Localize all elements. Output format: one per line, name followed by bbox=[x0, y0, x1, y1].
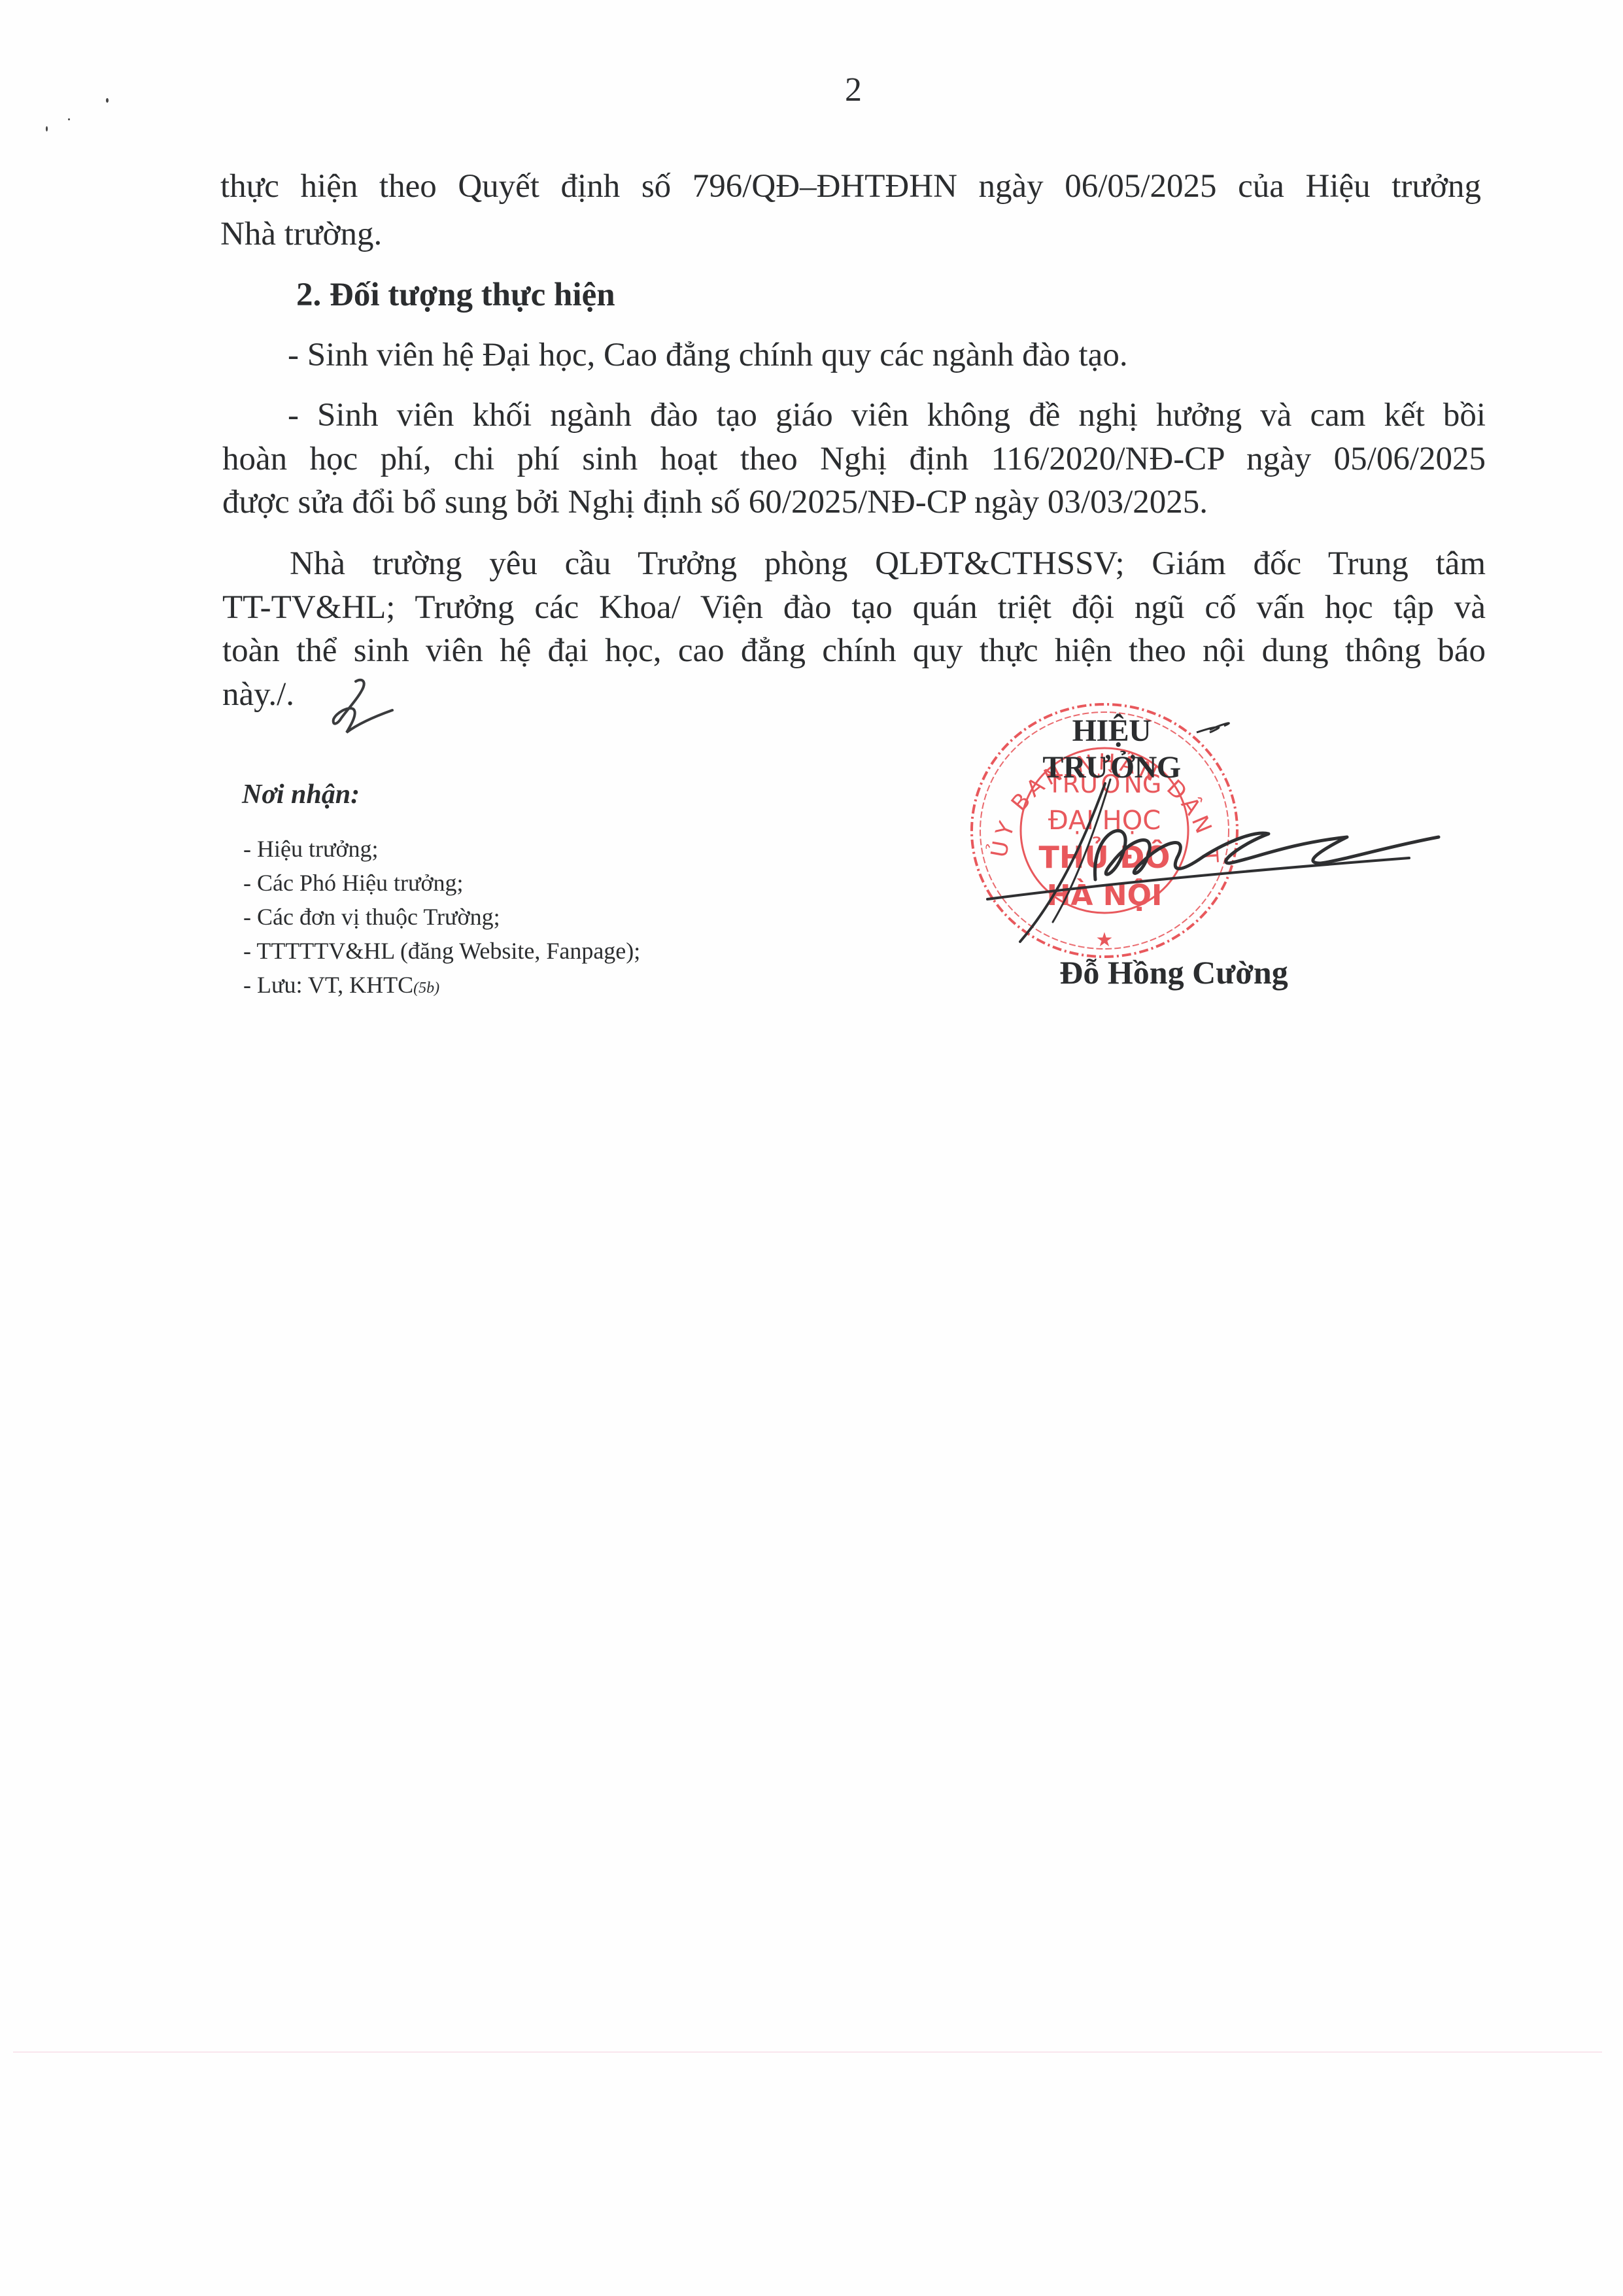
scan-speck bbox=[68, 118, 70, 120]
target-item: - Sinh viên khối ngành đào tạo giáo viên… bbox=[288, 396, 1486, 435]
body-line: Nhà trường. bbox=[220, 214, 382, 254]
scan-speck bbox=[106, 98, 109, 103]
signer-name: Đỗ Hồng Cường bbox=[1036, 953, 1311, 991]
body-line: hoàn học phí, chi phí sinh hoạt theo Ngh… bbox=[222, 439, 1486, 479]
initials-mark-icon bbox=[322, 677, 394, 738]
recipient-item: - Hiệu trưởng; bbox=[243, 834, 379, 863]
document-page: 2 thực hiện theo Quyết định số 796/QĐ–ĐH… bbox=[0, 0, 1623, 2296]
body-line: thực hiện theo Quyết định số 796/QĐ–ĐHTĐ… bbox=[220, 167, 1481, 206]
recipient-item-suffix: (5b) bbox=[413, 980, 439, 997]
scan-speck bbox=[46, 126, 48, 131]
recipients-title: Nơi nhận: bbox=[242, 778, 360, 811]
recipient-item: - TTTTTV&HL (đăng Website, Fanpage); bbox=[243, 936, 640, 965]
recipient-item-text: - Lưu: VT, KHTC bbox=[243, 972, 413, 998]
section-heading: 2. Đối tượng thực hiện bbox=[296, 275, 615, 315]
scan-artifact-line bbox=[13, 2051, 1602, 2053]
body-line: TT-TV&HL; Trưởng các Khoa/ Viện đào tạo … bbox=[222, 588, 1486, 627]
target-item: - Sinh viên hệ Đại học, Cao đẳng chính q… bbox=[288, 335, 1128, 375]
recipient-item: - Các đơn vị thuộc Trường; bbox=[243, 902, 500, 931]
body-line: Nhà trường yêu cầu Trưởng phòng QLĐT&CTH… bbox=[290, 544, 1486, 583]
body-line: này./. bbox=[222, 675, 294, 714]
page-number: 2 bbox=[821, 71, 886, 110]
body-line: được sửa đổi bổ sung bởi Nghị định số 60… bbox=[222, 483, 1208, 522]
recipient-item: - Lưu: VT, KHTC(5b) bbox=[243, 970, 439, 1002]
handwritten-signature-icon bbox=[981, 706, 1452, 968]
recipient-item: - Các Phó Hiệu trưởng; bbox=[243, 868, 464, 897]
body-line: toàn thể sinh viên hệ đại học, cao đẳng … bbox=[222, 631, 1486, 670]
